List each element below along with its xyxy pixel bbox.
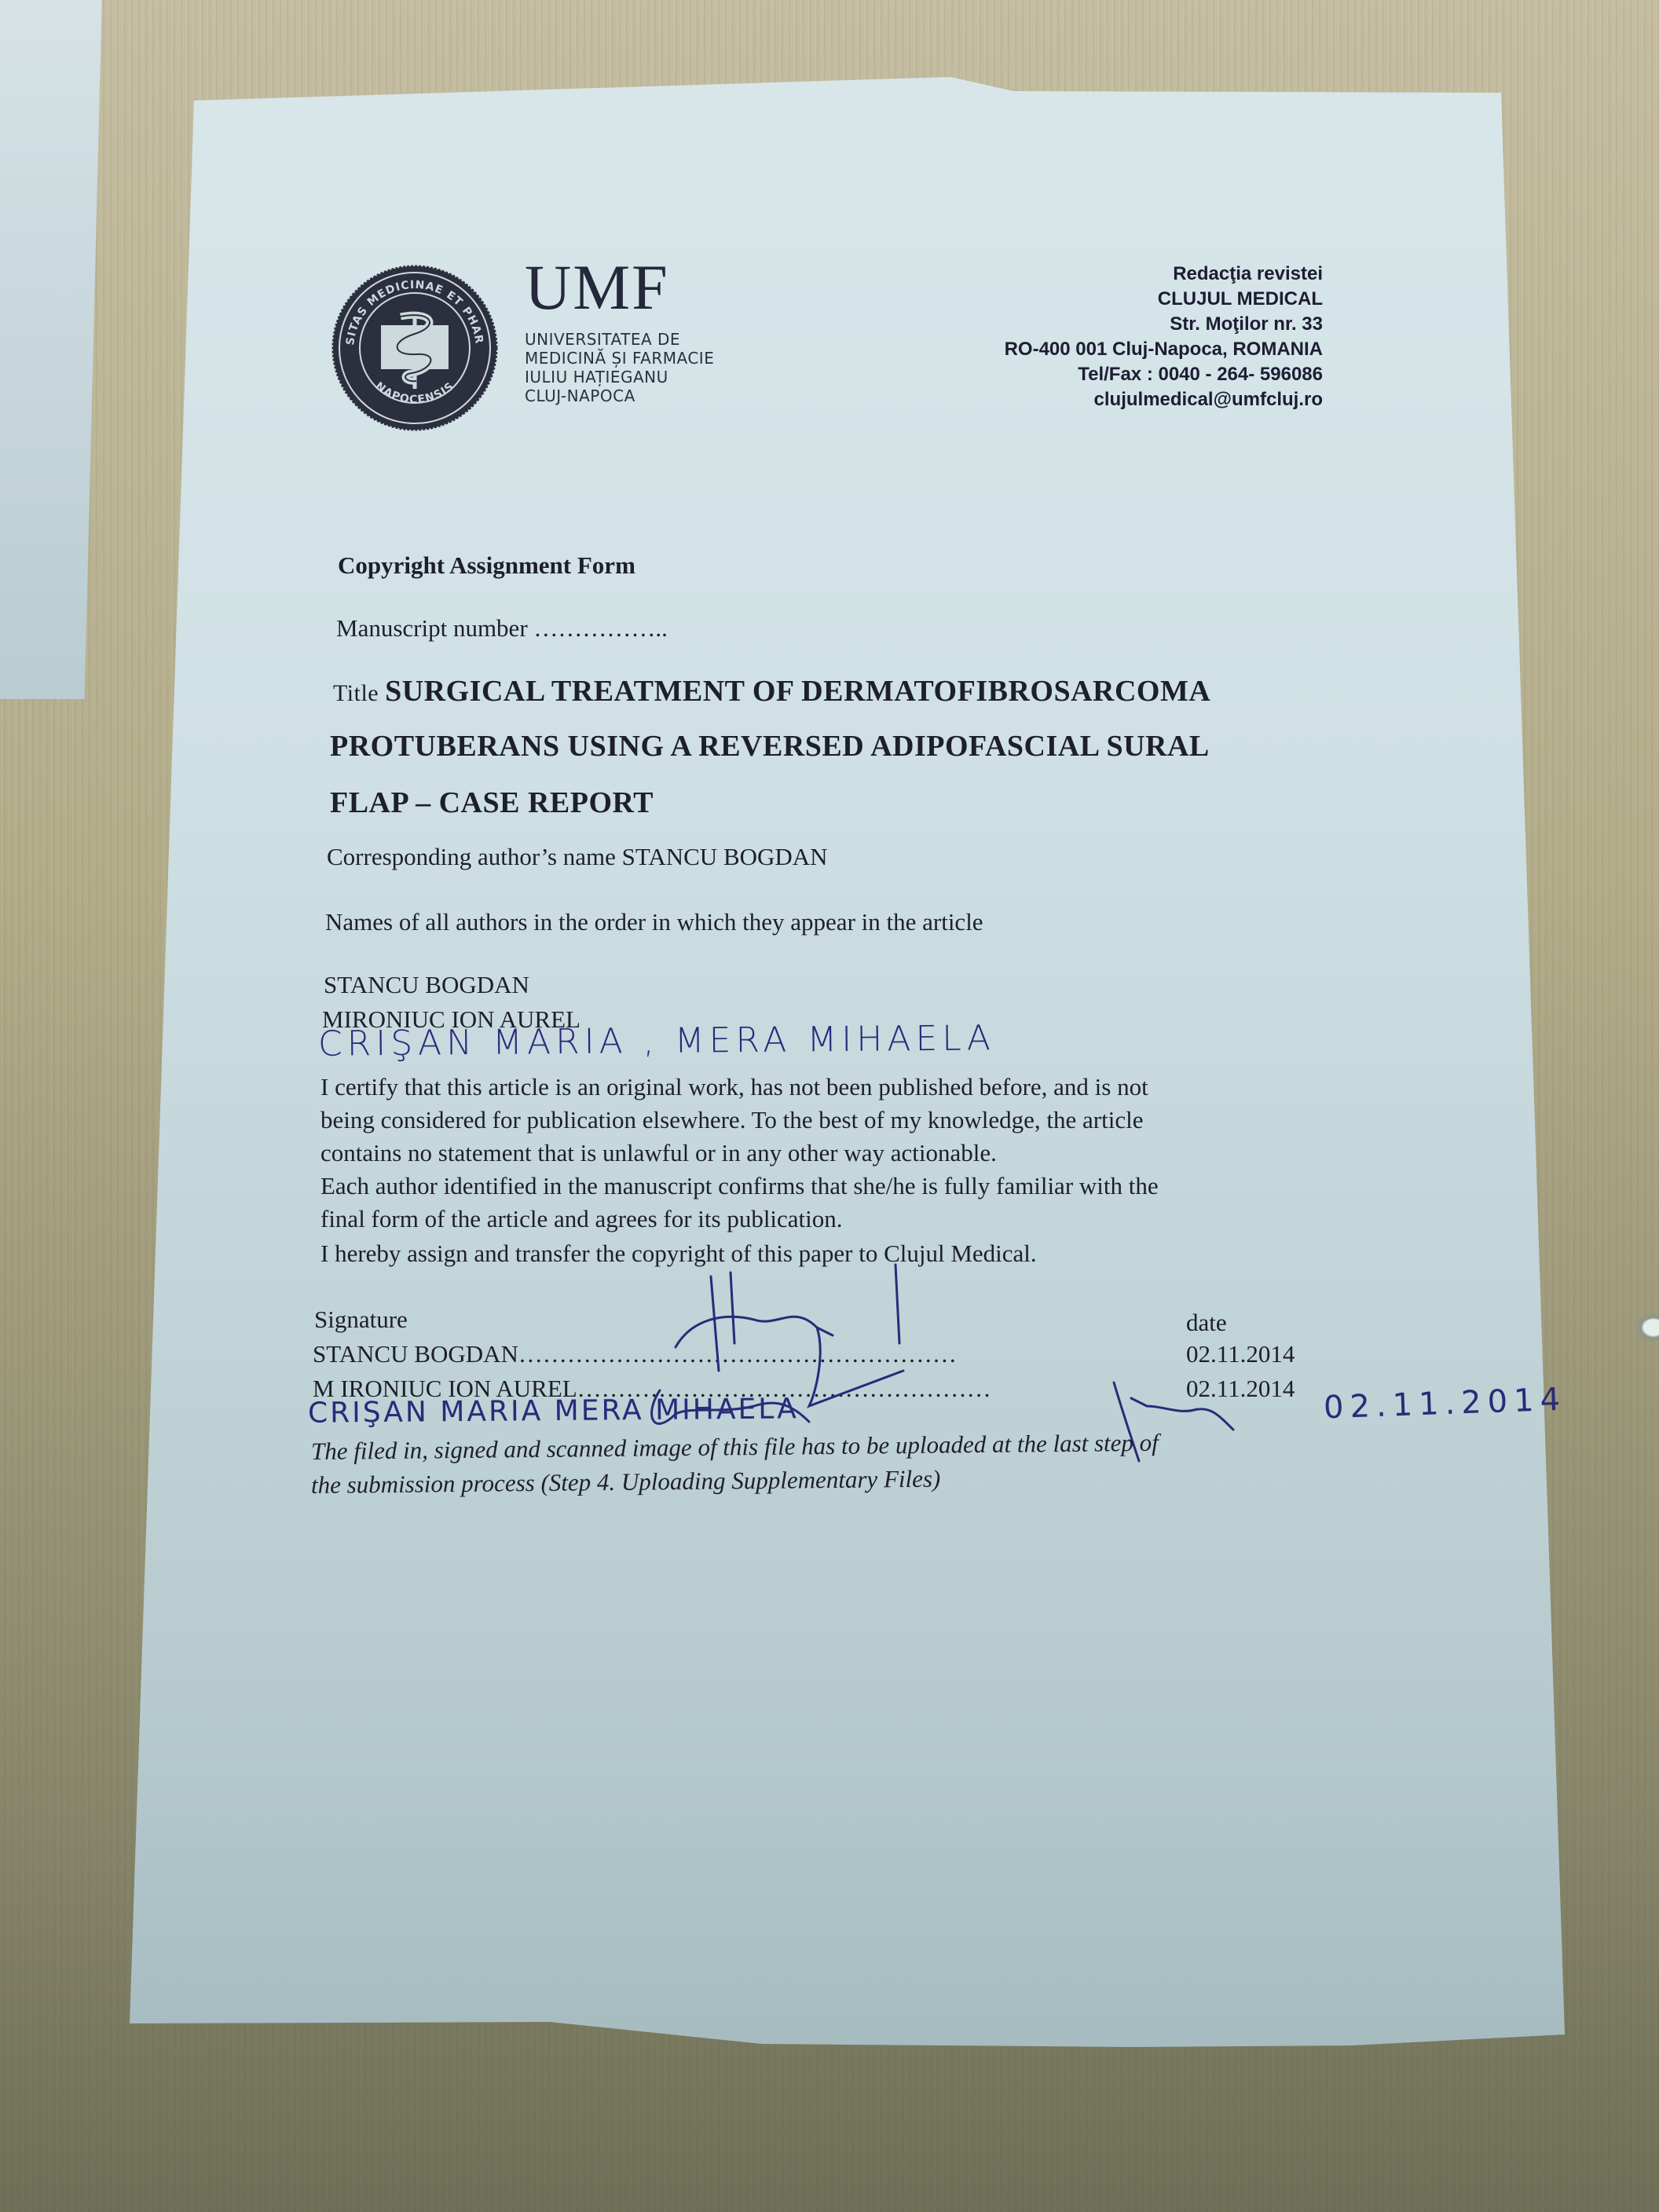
- university-name: UNIVERSITATEA DE MEDICINĂ ȘI FARMACIE IU…: [525, 330, 714, 405]
- signature-date: 02.11.2014: [1186, 1375, 1295, 1403]
- binder-clip: [1634, 1312, 1659, 1343]
- university-line: UNIVERSITATEA DE: [525, 330, 714, 349]
- statement-line: I hereby assign and transfer the copyrig…: [320, 1240, 1037, 1268]
- statement-line: Each author identified in the manuscript…: [320, 1172, 1159, 1200]
- manuscript-number-field: Manuscript number ……………..: [336, 614, 668, 643]
- statement-line: final form of the article and agrees for…: [320, 1205, 843, 1233]
- address-line: CLUJUL MEDICAL: [1005, 287, 1323, 312]
- article-title-line: Title SURGICAL TREATMENT OF DERMATOFIBRO…: [333, 674, 1210, 709]
- university-line: IULIU HAȚIEGANU: [525, 368, 714, 386]
- signature-date: 02.11.2014: [1186, 1340, 1295, 1368]
- address-line: RO-400 001 Cluj-Napoca, ROMANIA: [1005, 337, 1323, 362]
- signature-label: Signature: [314, 1306, 408, 1334]
- journal-address: Redacţia revistei CLUJUL MEDICAL Str. Mo…: [1005, 262, 1323, 412]
- umf-logo-text: UMF: [525, 255, 669, 320]
- university-seal-icon: UNIVERSITAS MEDICINAE ET PHARMACIAE NAPO…: [330, 263, 500, 433]
- university-line: MEDICINĂ ȘI FARMACIE: [525, 349, 714, 368]
- date-label: date: [1186, 1309, 1227, 1337]
- corresponding-author: Corresponding author’s name STANCU BOGDA…: [327, 843, 828, 871]
- address-line: Redacţia revistei: [1005, 262, 1323, 287]
- address-line: Str. Moţilor nr. 33: [1005, 312, 1323, 337]
- authors-label: Names of all authors in the order in whi…: [325, 908, 983, 936]
- title-label: Title: [333, 680, 385, 706]
- signature-line: STANCU BOGDAN………………………………………………: [313, 1340, 957, 1368]
- background-paper-sheet: [0, 0, 102, 699]
- address-phone: Tel/Fax : 0040 - 264- 596086: [1005, 362, 1323, 387]
- article-title-line: PROTUBERANS USING A REVERSED ADIPOFASCIA…: [330, 729, 1210, 764]
- handwritten-authors: CRIŞAN MARIA , MERA MIHAELA: [318, 1018, 995, 1064]
- statement-line: I certify that this article is an origin…: [320, 1073, 1148, 1101]
- statement-line: being considered for publication elsewhe…: [320, 1106, 1143, 1134]
- statement-line: contains no statement that is unlawful o…: [320, 1139, 997, 1167]
- form-heading: Copyright Assignment Form: [338, 551, 635, 580]
- article-title-line: FLAP – CASE REPORT: [330, 786, 654, 820]
- address-email: clujulmedical@umfcluj.ro: [1005, 387, 1323, 412]
- title-text: SURGICAL TREATMENT OF DERMATOFIBROSARCOM…: [385, 675, 1210, 708]
- handwritten-signature-row: CRIŞAN MARIA MERA MIHAELA: [308, 1393, 799, 1429]
- university-line: CLUJ-NAPOCA: [525, 386, 714, 405]
- author-name: STANCU BOGDAN: [324, 971, 529, 999]
